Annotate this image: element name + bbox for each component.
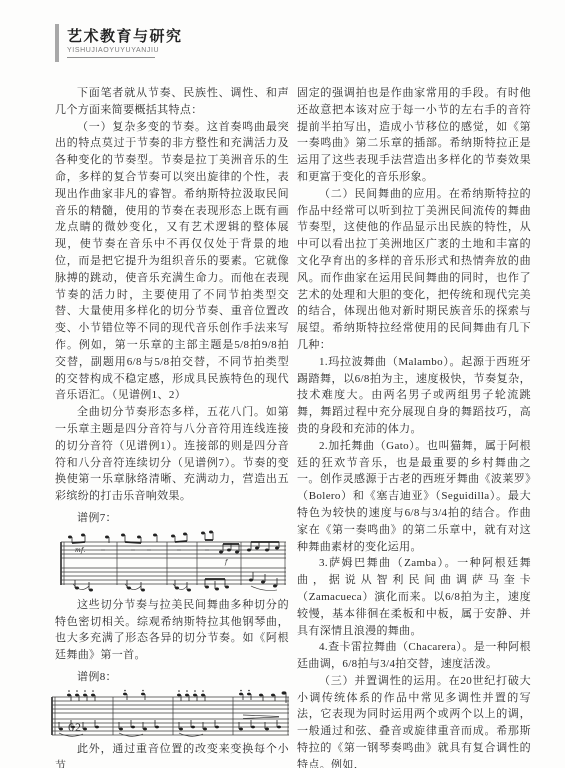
paragraph: 1.玛拉波舞曲（Malambo）。起源于西班牙踢踏舞，以6/8拍为主，速度极快，… <box>297 354 531 438</box>
page-number: 62 <box>68 720 82 735</box>
music-example-8 <box>47 689 289 737</box>
svg-text:mf.: mf. <box>75 547 86 554</box>
paragraph: （三）并置调性的运用。在20世纪打破大小调传统体系的作品中常见多调性并置的写法，… <box>297 673 531 768</box>
journal-page: 艺术教育与研究 YISHUJIAOYUYUYANJIU 下面笔者就从节奏、民族性… <box>0 0 565 768</box>
right-column: 固定的强调拍也是作曲家常用的手段。有时他还故意把本该对应于每一小节的左右手的音符… <box>297 85 531 768</box>
left-column: 下面笔者就从节奏、民族性、调性、和声几个方面来简要概括其特点： （一）复杂多变的… <box>55 85 289 768</box>
paragraph: （二）民间舞曲的应用。在希纳斯特拉的作品中经常可以听到拉丁美洲民间流传的舞曲节奏… <box>297 186 531 354</box>
music-example-7-label: 谱例7： <box>55 510 289 527</box>
journal-subtitle-pinyin: YISHUJIAOYUYUYANJIU <box>67 46 183 55</box>
paragraph: 4.查卡雷拉舞曲（Chacarera）。是一种阿根廷曲调，6/8拍与3/4拍交替… <box>297 639 531 673</box>
article-body: 下面笔者就从节奏、民族性、调性、和声几个方面来简要概括其特点： （一）复杂多变的… <box>55 85 531 768</box>
paragraph: 固定的强调拍也是作曲家常用的手段。有时他还故意把本该对应于每一小节的左右手的音符… <box>297 85 531 186</box>
music-notation-7-image: mf. <box>55 530 287 593</box>
paragraph: 此外，通过重音位置的改变来变换每个小节 <box>55 741 289 768</box>
svg-text:f: f <box>224 559 229 566</box>
paragraph: （一）复杂多变的节奏。这首奏鸣曲最突出的特点莫过于节奏的非方整性和充满活力及各种… <box>55 119 289 405</box>
paragraph: 这些切分节奏与拉美民间舞曲多种切分的特色密切相关。综观希纳斯特拉其他钢琴曲，也大… <box>55 597 289 664</box>
paragraph: 3.萨姆巴舞曲（Zamba）。一种阿根廷舞曲，据说从智利民间曲调萨马奎卡（Zam… <box>297 555 531 639</box>
paragraph: 下面笔者就从节奏、民族性、调性、和声几个方面来简要概括其特点： <box>55 85 289 119</box>
paragraph: 全曲切分节奏形态多样，五花八门。如第一乐章主题是四分音符与八分音符用连线连接的切… <box>55 404 289 505</box>
music-example-7: mf. <box>55 530 289 593</box>
journal-header: 艺术教育与研究 YISHUJIAOYUYUYANJIU <box>67 29 183 58</box>
header-rule <box>67 57 155 58</box>
music-example-8-label: 谱例8： <box>55 669 289 686</box>
music-notation-8-image <box>47 689 291 737</box>
journal-title: 艺术教育与研究 <box>67 29 183 46</box>
header-accent-bar <box>55 24 59 62</box>
paragraph: 2.加托舞曲（Gato）。也叫猫舞，属于阿根廷的狂欢节音乐，也是最重要的乡村舞曲… <box>297 438 531 556</box>
